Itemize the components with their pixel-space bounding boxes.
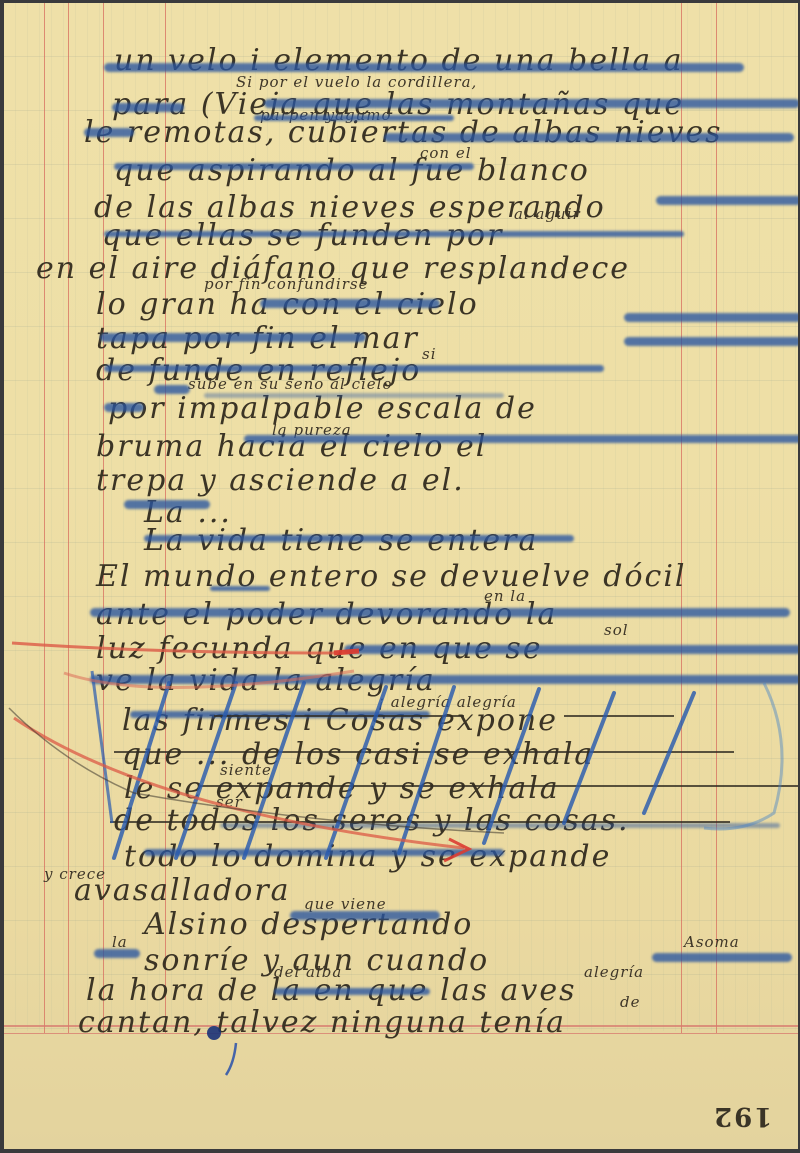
- red-arrow-head: [444, 839, 469, 861]
- ink-blot: [207, 1026, 221, 1040]
- red-pencil-stroke: [64, 671, 354, 688]
- blue-box-left-edge: [92, 671, 112, 823]
- diagonal-cancel-strokes: [114, 683, 694, 858]
- red-pencil-dash: [334, 651, 359, 653]
- pencil-annotations: [4, 3, 798, 1149]
- page-number: 192: [712, 1101, 772, 1131]
- blue-box-right-edge: [704, 683, 782, 829]
- manuscript-page: un velo i elemento de una bella a Si por…: [4, 3, 798, 1149]
- red-arrow-line: [14, 718, 464, 848]
- ink-drip: [226, 1043, 236, 1075]
- red-pencil-stroke: [12, 643, 334, 653]
